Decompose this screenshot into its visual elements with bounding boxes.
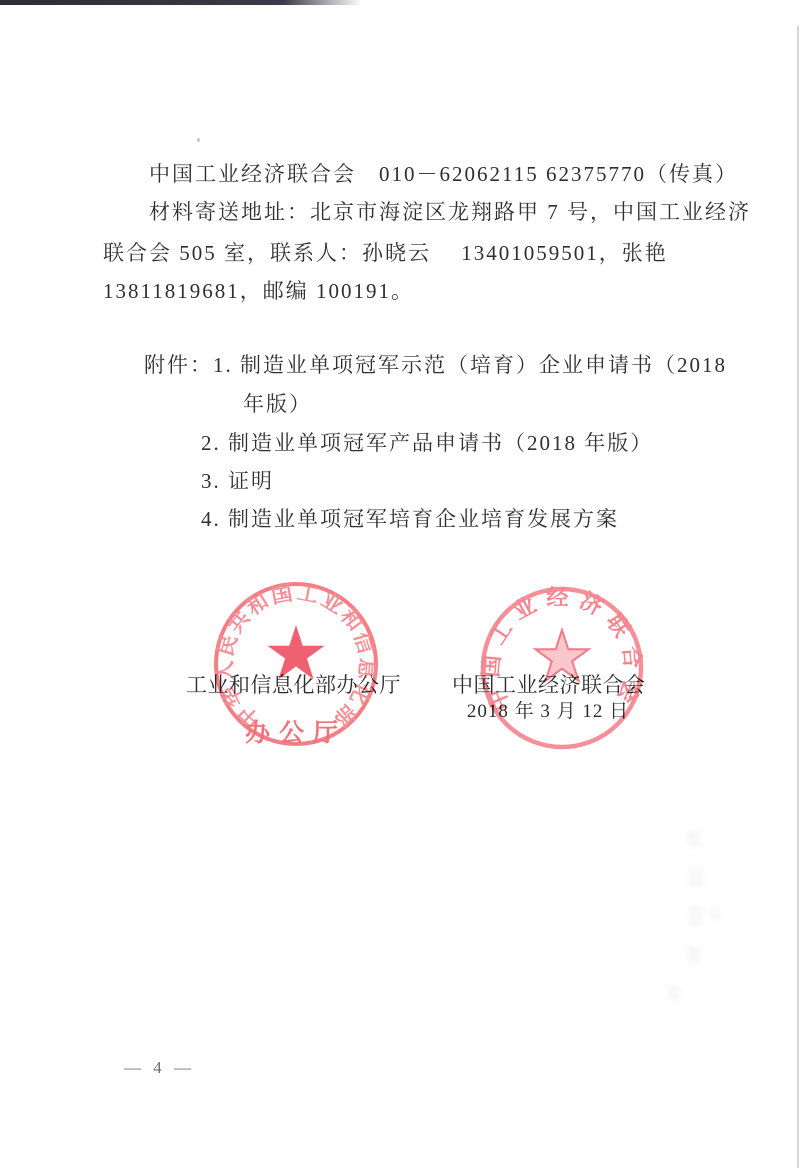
page-number: — 4 — — [124, 1058, 195, 1078]
attachment-item-1-continuation: 年版） — [243, 392, 312, 416]
bleed-through-mark — [668, 985, 680, 1001]
star-icon — [535, 630, 588, 681]
document-page: 中国工业经济联合会 010－62062115 62375770（传真） 材料寄送… — [0, 0, 804, 1168]
bleed-through-mark — [710, 908, 720, 920]
official-seal-cfie: 中国工业经济联合会 — [478, 584, 646, 752]
attachment-item-2: 2. 制造业单项冠军产品申请书（2018 年版） — [201, 431, 653, 455]
seal-bottom-text: 办公厅 — [245, 719, 347, 747]
speck-artifact — [197, 138, 200, 142]
contact-phone-line: 中国工业经济联合会 010－62062115 62375770（传真） — [149, 162, 738, 186]
bleed-through-mark — [687, 946, 701, 964]
scan-edge-artifact-right — [797, 26, 799, 1168]
contact-person-line: 联合会 505 室，联系人：孙晓云 13401059501，张艳 — [103, 241, 668, 265]
bleed-through-mark — [689, 868, 703, 888]
bleed-through-mark — [687, 830, 701, 848]
attachment-item-3: 3. 证明 — [201, 469, 274, 493]
postcode-line: 13811819681，邮编 100191。 — [103, 279, 414, 303]
scan-edge-artifact-top — [0, 0, 362, 5]
bleed-through-mark — [689, 905, 702, 927]
official-seal-miit: 中华人民共和国工业和信息化部 办公厅 — [211, 579, 381, 749]
mailing-address-line: 材料寄送地址：北京市海淀区龙翔路甲 7 号，中国工业经济 — [149, 200, 751, 224]
attachment-item-1: 附件：1. 制造业单项冠军示范（培育）企业申请书（2018 — [144, 353, 727, 377]
attachment-item-4: 4. 制造业单项冠军培育企业培育发展方案 — [201, 507, 619, 531]
star-icon — [268, 625, 325, 679]
